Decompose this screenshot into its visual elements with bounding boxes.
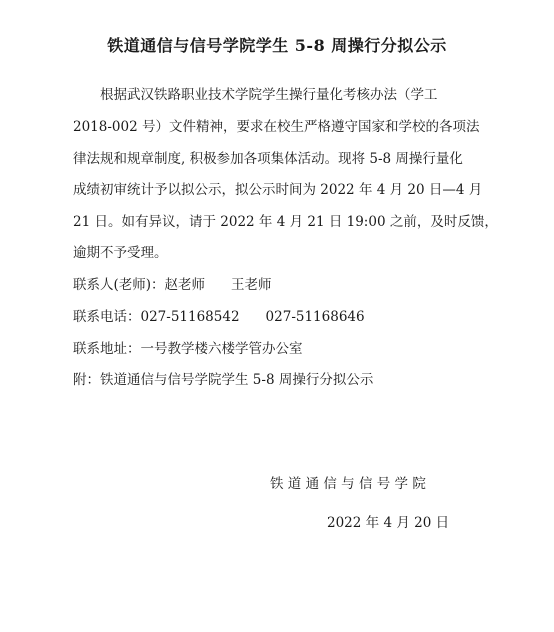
contact-persons-label: 联系人(老师)： [73,277,165,293]
contact-person-1: 赵老师 [165,277,206,293]
body-line-1: 根据武汉铁路职业技术学院学生操行量化考核办法（学工 [73,86,483,104]
body-line-5: 21 日。如有异议，请于 2022 年 4 月 21 日 19:00 之前，及时… [73,213,483,231]
body-line-6: 逾期不予受理。 [73,244,483,262]
contact-address: 联系地址：一号教学楼六楼学管办公室 [73,340,483,358]
contact-address-label: 联系地址： [73,341,141,357]
contact-address-value: 一号教学楼六楼学管办公室 [141,341,303,357]
attachment-label: 附： [73,372,100,388]
attachment-title: 铁道通信与信号学院学生 5-8 周操行分拟公示 [100,372,373,388]
body-line-3: 律法规和规章制度, 积极参加各项集体活动。现将 5-8 周操行量化 [73,150,483,168]
body-line-4: 成绩初审统计予以拟公示，拟公示时间为 2022 年 4 月 20 日—4 月 [73,181,483,199]
contact-persons: 联系人(老师)：赵老师王老师 [73,276,483,294]
contact-phone-1: 027-51168542 [141,309,240,325]
body-line-2: 2018-002 号）文件精神，要求在校生严格遵守国家和学校的各项法 [73,118,483,136]
signature-org: 铁 道 通 信 与 信 号 学 院 [270,472,426,492]
attachment: 附：铁道通信与信号学院学生 5-8 周操行分拟公示 [73,371,483,389]
contact-phones: 联系电话：027-51168542027-51168646 [73,308,483,326]
signature-date: 2022 年 4 月 20 日 [327,511,449,531]
document-title: 铁道通信与信号学院学生 5-8 周操行分拟公示 [0,33,554,56]
contact-phone-label: 联系电话： [73,309,141,325]
contact-person-2: 王老师 [231,277,272,293]
contact-phone-2: 027-51168646 [266,309,365,325]
